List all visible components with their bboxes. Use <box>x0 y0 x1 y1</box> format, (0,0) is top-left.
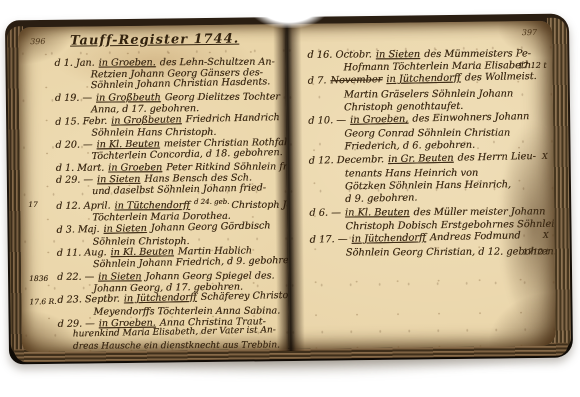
entry-date: d 15. Febr. <box>55 115 107 127</box>
place-name: in Kl. Beuten <box>96 138 159 150</box>
register-line: Söhnlein Georg Christian, d 12. gebohren… <box>310 245 529 260</box>
place-name: in Jütchendorff <box>124 292 197 305</box>
entry-date: d 7. <box>308 76 327 87</box>
margin-note-right: X <box>543 229 549 242</box>
interlined-note: d 24. geb. <box>194 198 229 206</box>
entry-text: d 9. gebohren. <box>345 193 418 206</box>
entry-date: d 19. — <box>55 93 92 104</box>
entry-text: Söhnlein Johann Christian Hasdents. <box>91 77 271 92</box>
photo-background: 396 Tauff-Register 1744. d 1. Jan.in Gro… <box>0 0 580 397</box>
entry-text: Johann Georg Gördbisch <box>151 220 271 234</box>
place-name: in Jütchendorff <box>351 232 426 245</box>
spine-notch <box>250 6 328 28</box>
entry-date: d 29. — <box>56 174 93 185</box>
place-name: in Groeben, <box>350 114 408 126</box>
entry-date: d 10. — <box>308 115 346 127</box>
margin-note-right: 1712 t <box>523 245 549 258</box>
entry-text: Friedrich Handrich <box>185 112 279 125</box>
entry-date: d 23. Septbr. <box>57 294 120 306</box>
place-name: in Jütchendorff <box>386 73 461 86</box>
entry-date: d 12. Decembr. <box>309 154 385 167</box>
open-book: 396 Tauff-Register 1744. d 1. Jan.in Gro… <box>5 14 573 365</box>
place-name: in Groeben <box>108 163 162 174</box>
entry-date: d 12. April. <box>56 201 110 212</box>
margin-note: 17.6 R. <box>29 296 56 308</box>
entry-date: d 20. — <box>55 139 92 150</box>
margin-note-right: X <box>542 149 548 162</box>
margin-note: 17 <box>28 199 38 211</box>
place-name: in Gr. Beuten <box>388 152 454 164</box>
entry-date: d 17. — <box>310 234 348 246</box>
place-name: in Groeben. <box>99 57 156 68</box>
register-line: d 9. gebohren. <box>309 189 528 207</box>
entry-text: des Herrn Lieu- <box>457 151 536 164</box>
place-name: in Sieten <box>103 223 147 235</box>
entry-text: Martin Gräselers Söhnlein Johann <box>344 88 513 100</box>
place-name: in Sieten <box>98 271 141 282</box>
entry-text: Andreas Fodmund <box>430 230 521 243</box>
entry-text: Söhnlein Christoph. <box>93 236 190 248</box>
entry-text: des Einwohners Johann <box>412 111 529 124</box>
place-name: in Tütchendorff <box>115 201 191 212</box>
entry-date: d 1. Jan. <box>54 58 94 69</box>
entry-text: Georg Conrad Söhnlein Christian <box>344 128 510 140</box>
entry-text: tenants Hans Heinrich von <box>345 168 478 180</box>
entry-date: d 1. Mart. <box>56 163 105 174</box>
entry-date: d 11. Aug. <box>57 248 107 260</box>
place-name: in Großbeuth <box>96 92 161 103</box>
place-name: in Sieten <box>376 49 420 60</box>
register-line: d 7.Novemberin Jütchendorffdes Wollmeist… <box>308 71 527 89</box>
entry-date: d 3. Maj. <box>56 224 99 236</box>
margin-note: 1836 <box>29 273 48 285</box>
right-page: 397 d 16. Octobr.in Sietendes Mümmeister… <box>285 21 556 349</box>
entry-date: d 6. — <box>309 208 341 219</box>
entry-text: des Mümmeisters Pe- <box>424 48 531 60</box>
left-page-entries: d 1. Jan.in Groeben.des Lehn-Schultzen A… <box>54 55 285 352</box>
struck-word: November <box>330 75 382 87</box>
page-number-right: 397 <box>522 28 537 37</box>
place-name: in Kl. Beuten <box>345 208 410 219</box>
place-name: in Sieten <box>97 174 140 186</box>
entry-date: d 16. Octobr. <box>307 49 372 60</box>
entry-text: des Wollmeist. <box>465 71 537 84</box>
gutter-shadow <box>273 22 305 351</box>
entry-date: d 22. — <box>57 271 94 282</box>
right-page-entries: d 16. Octobr.in Sietendes Mümmeisters Pe… <box>307 46 529 260</box>
left-page: 396 Tauff-Register 1744. d 1. Jan.in Gro… <box>18 24 289 352</box>
place-name: in Großbeuten <box>111 114 182 126</box>
register-title: Tauff-Register 1744. <box>38 31 271 49</box>
entry-date: d 29. — <box>58 318 95 329</box>
